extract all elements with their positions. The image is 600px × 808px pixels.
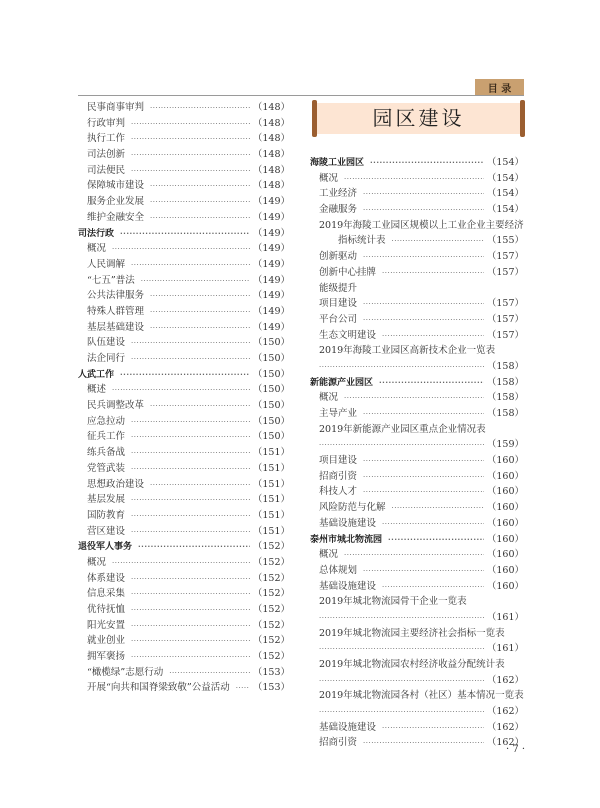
toc-entry[interactable]: 党管武装（151） [78, 461, 290, 477]
dot-leader [370, 156, 484, 172]
toc-entry-title: 2019年海陵工业园区高新技术企业一览表 [319, 343, 495, 359]
toc-page-ref: （159） [487, 437, 524, 453]
toc-entry[interactable]: 维护金融安全（149） [78, 210, 290, 226]
toc-entry[interactable]: 总体规划（160） [310, 563, 524, 579]
toc-page-ref: （158） [487, 406, 524, 422]
toc-entry-title: 征兵工作 [87, 429, 125, 445]
toc-page-ref: （160） [487, 516, 524, 532]
toc-entry-title: 应急拉动 [87, 414, 125, 430]
toc-entry-title: 服务企业发展 [87, 194, 144, 210]
dot-leader [131, 587, 250, 603]
toc-page-ref: （154） [487, 186, 524, 202]
toc-page-ref: （151） [253, 461, 290, 477]
toc-page-ref: （149） [253, 210, 290, 226]
toc-page-ref: （148） [253, 116, 290, 132]
toc-entry-title: 人民调解 [87, 257, 125, 273]
toc-entry-title: 优待抚恤 [87, 602, 125, 618]
toc-entry-title: 思想政治建设 [87, 477, 144, 493]
toc-entry-title: 招商引资 [319, 469, 357, 485]
toc-page-ref: （150） [253, 335, 290, 351]
toc-page-ref: （149） [253, 304, 290, 320]
dot-leader [319, 360, 484, 376]
toc-entry[interactable]: 服务企业发展（149） [78, 194, 290, 210]
dot-leader [131, 446, 250, 462]
dot-leader [131, 619, 250, 635]
toc-page-ref: （158） [487, 375, 524, 391]
toc-page-ref: （149） [253, 241, 290, 257]
toc-entry[interactable]: 2019年城北物流园各村（社区）基本情况一览表 [310, 688, 524, 704]
toc-page-ref: （151） [253, 445, 290, 461]
toc-entry[interactable]: 生态文明建设（157） [310, 328, 524, 344]
toc-page-ref: （149） [253, 226, 290, 242]
toc-page-ref: （154） [487, 155, 524, 171]
header-divider [78, 95, 524, 96]
dot-leader [131, 132, 250, 148]
dot-leader [150, 478, 250, 494]
toc-page-ref: （152） [253, 649, 290, 665]
toc-entry-title: 风险防范与化解 [319, 500, 386, 516]
dot-leader [120, 368, 250, 384]
toc-entry-title: 阳光安置 [87, 618, 125, 634]
toc-entry-continuation[interactable]: （161） [310, 610, 524, 626]
toc-entry-title: 概况 [319, 390, 338, 406]
dot-leader [319, 705, 484, 721]
dot-leader [382, 721, 484, 737]
toc-entry-title: 队伍建设 [87, 335, 125, 351]
dot-leader [363, 297, 484, 313]
toc-entry-title: 信息采集 [87, 586, 125, 602]
toc-entry[interactable]: 创新中心挂牌（157） [310, 265, 524, 281]
toc-entry[interactable]: 基础设施建设（160） [310, 516, 524, 532]
dot-leader [131, 603, 250, 619]
dot-leader [363, 470, 484, 486]
toc-entry-continuation[interactable]: （162） [310, 673, 524, 689]
toc-entry[interactable]: 保障城市建设（148） [78, 178, 290, 194]
toc-entry[interactable]: 2019年城北物流园农村经济收益分配统计表 [310, 657, 524, 673]
chapter-title: 园区建设 [313, 103, 524, 134]
dot-leader [131, 352, 250, 368]
toc-section-heading[interactable]: 司法行政（149） [78, 226, 290, 242]
toc-page-ref: （151） [253, 492, 290, 508]
toc-page-ref: （149） [253, 257, 290, 273]
dot-leader [236, 681, 250, 697]
toc-entry[interactable]: 2019年海陵工业园区高新技术企业一览表 [310, 343, 524, 359]
toc-entry[interactable]: 营区建设（151） [78, 524, 290, 540]
toc-page-ref: （160） [487, 484, 524, 500]
toc-entry[interactable]: 阳光安置（152） [78, 618, 290, 634]
toc-page-ref: （155） [487, 233, 524, 249]
toc-entry[interactable]: 基层基础建设（149） [78, 320, 290, 336]
toc-page-ref: （158） [487, 359, 524, 375]
toc-entry[interactable]: 概况（154） [310, 171, 524, 187]
toc-entry-title: 就业创业 [87, 633, 125, 649]
dot-leader [363, 313, 484, 329]
toc-entry-title: 司法行政 [78, 227, 114, 243]
toc-entry-title: 能级提升 [319, 281, 357, 297]
toc-entry-title: 泰州市城北物流园 [310, 533, 382, 549]
dot-leader [131, 509, 250, 525]
toc-page-ref: （161） [487, 610, 524, 626]
toc-page-ref: （153） [253, 680, 290, 696]
toc-entry-title: 基础设施建设 [319, 516, 376, 532]
dot-leader [319, 611, 484, 627]
toc-page-ref: （149） [253, 273, 290, 289]
toc-page-ref: （152） [253, 618, 290, 634]
toc-entry[interactable]: 概况（152） [78, 555, 290, 571]
toc-entry-title: 营区建设 [87, 524, 125, 540]
toc-entry[interactable]: 项目建设（160） [310, 453, 524, 469]
dot-leader [120, 227, 250, 243]
chapter-banner: 园区建设 [313, 103, 524, 134]
toc-entry-title: 工业经济 [319, 186, 357, 202]
toc-section-heading[interactable]: 海陵工业园区（154） [310, 155, 524, 171]
dot-leader [319, 438, 484, 454]
toc-entry[interactable]: 2019年城北物流园主要经济社会指标一览表 [310, 626, 524, 642]
toc-entry-title: 概述 [87, 382, 106, 398]
toc-entry[interactable]: 基层发展（151） [78, 492, 290, 508]
dot-leader [392, 501, 484, 517]
toc-entry-title: 党管武装 [87, 461, 125, 477]
toc-entry-title: 司法便民 [87, 163, 125, 179]
toc-entry-title: 金融服务 [319, 202, 357, 218]
toc-page-ref: （150） [253, 382, 290, 398]
toc-entry[interactable]: 2019年新能源产业园区重点企业情况表 [310, 422, 524, 438]
toc-entry[interactable]: 优待抚恤（152） [78, 602, 290, 618]
toc-entry-title: 创新中心挂牌 [319, 265, 376, 281]
toc-entry[interactable]: 国防教育（151） [78, 508, 290, 524]
toc-entry[interactable]: 征兵工作（150） [78, 429, 290, 445]
dot-leader [319, 642, 484, 658]
toc-entry[interactable]: 工业经济（154） [310, 186, 524, 202]
toc-entry[interactable]: 概况（149） [78, 241, 290, 257]
toc-entry-title: 人武工作 [78, 368, 114, 384]
toc-entry-title: 民兵调整改革 [87, 398, 144, 414]
toc-page-ref: （157） [487, 312, 524, 328]
dot-leader [112, 556, 250, 572]
toc-page-ref: （152） [253, 571, 290, 587]
dot-leader [363, 250, 484, 266]
toc-entry-title: 基础设施建设 [319, 720, 376, 736]
toc-page-ref: （160） [487, 579, 524, 595]
toc-entry[interactable]: 概况（158） [310, 390, 524, 406]
toc-page-ref: （162） [487, 704, 524, 720]
dot-leader [138, 540, 250, 556]
toc-page-ref: （150） [253, 414, 290, 430]
toc-page-ref: （160） [487, 532, 524, 548]
dot-leader [150, 321, 250, 337]
toc-entry-title: 特殊人群管理 [87, 304, 144, 320]
dot-leader [131, 462, 250, 478]
toc-entry-continuation[interactable]: 指标统计表（155） [310, 233, 524, 249]
toc-entry[interactable]: “橄榄绿”志愿行动（153） [78, 665, 290, 681]
dot-leader [363, 564, 484, 580]
section-tag-label: 目 录 [488, 80, 511, 95]
dot-leader [131, 415, 250, 431]
toc-entry-title: 指标统计表 [338, 233, 386, 249]
dot-leader [131, 650, 250, 666]
dot-leader [150, 305, 250, 321]
toc-entry[interactable]: 2019年海陵工业园区规模以上工业企业主要经济 [310, 218, 524, 234]
toc-entry[interactable]: 科技人才（160） [310, 484, 524, 500]
dot-leader [150, 101, 250, 117]
dot-leader [363, 187, 484, 203]
dot-leader [131, 572, 250, 588]
dot-leader [379, 376, 484, 392]
toc-page-ref: （157） [487, 249, 524, 265]
dot-leader [363, 454, 484, 470]
toc-page-ref: （160） [487, 547, 524, 563]
toc-entry[interactable]: 司法便民（148） [78, 163, 290, 179]
toc-entry-title: 总体规划 [319, 563, 357, 579]
toc-entry[interactable]: 基础设施建设（160） [310, 579, 524, 595]
toc-entry[interactable]: 队伍建设（150） [78, 335, 290, 351]
toc-entry-title: 公共法律服务 [87, 288, 144, 304]
toc-page-ref: （149） [253, 288, 290, 304]
toc-page-ref: （160） [487, 453, 524, 469]
toc-page-ref: （154） [487, 202, 524, 218]
toc-entry-title: 体系建设 [87, 571, 125, 587]
toc-entry-continuation[interactable]: （161） [310, 641, 524, 657]
toc-entry-title: 练兵备战 [87, 445, 125, 461]
toc-page-ref: （152） [253, 602, 290, 618]
dot-leader [319, 674, 484, 690]
toc-page-ref: （150） [253, 351, 290, 367]
toc-entry[interactable]: 法企同行（150） [78, 351, 290, 367]
page-number: · 7 · [506, 744, 525, 755]
toc-entry[interactable]: 司法创新（148） [78, 147, 290, 163]
toc-entry[interactable]: 民事商事审判（148） [78, 100, 290, 116]
toc-page-ref: （151） [253, 524, 290, 540]
toc-entry-title: 2019年新能源产业园区重点企业情况表 [319, 422, 486, 438]
dot-leader [392, 234, 484, 250]
toc-page-ref: （160） [487, 500, 524, 516]
dot-leader [363, 407, 484, 423]
toc-entry-title: “橄榄绿”志愿行动 [87, 665, 163, 681]
section-tag-contents: 目 录 [475, 79, 524, 95]
toc-entry-title: 2019年海陵工业园区规模以上工业企业主要经济 [319, 218, 524, 234]
toc-entry[interactable]: 人民调解（149） [78, 257, 290, 273]
toc-entry-title: 退役军人事务 [78, 540, 132, 556]
toc-entry[interactable]: 应急拉动（150） [78, 414, 290, 430]
toc-page-ref: （150） [253, 398, 290, 414]
toc-entry[interactable]: 招商引资（160） [310, 469, 524, 485]
dot-leader [150, 179, 250, 195]
toc-entry-title: 招商引资 [319, 735, 357, 751]
dot-leader [131, 634, 250, 650]
toc-page-ref: （148） [253, 131, 290, 147]
toc-entry-title: 创新驱动 [319, 249, 357, 265]
toc-page-ref: （152） [253, 555, 290, 571]
toc-entry-title: 基层发展 [87, 492, 125, 508]
toc-page-ref: （160） [487, 563, 524, 579]
toc-entry-title: 基础设施建设 [319, 579, 376, 595]
dot-leader [363, 203, 484, 219]
toc-entry-title: “七五”普法 [87, 273, 135, 289]
toc-entry-continuation[interactable]: （159） [310, 437, 524, 453]
toc-entry[interactable]: 公共法律服务（149） [78, 288, 290, 304]
toc-entry[interactable]: 概况（160） [310, 547, 524, 563]
toc-entry[interactable]: 平台公司（157） [310, 312, 524, 328]
toc-page-ref: （160） [487, 469, 524, 485]
dot-leader [112, 383, 250, 399]
toc-section-heading[interactable]: 退役军人事务（152） [78, 539, 290, 555]
toc-page-ref: （154） [487, 171, 524, 187]
toc-entry-title: 拥军褒扬 [87, 649, 125, 665]
toc-page-ref: （152） [253, 539, 290, 555]
toc-entry-title: 海陵工业园区 [310, 156, 364, 172]
toc-page-ref: （162） [487, 673, 524, 689]
toc-entry-title: 执行工作 [87, 131, 125, 147]
toc-page-ref: （148） [253, 178, 290, 194]
toc-entry[interactable]: 开展“向共和国脊梁致敬”公益活动（153） [78, 680, 290, 696]
dot-leader [382, 266, 484, 282]
toc-entry-title: 民事商事审判 [87, 100, 144, 116]
toc-entry[interactable]: 主导产业（158） [310, 406, 524, 422]
toc-page-ref: （148） [253, 147, 290, 163]
toc-section-heading[interactable]: 新能源产业园区（158） [310, 375, 524, 391]
toc-page-ref: （157） [487, 265, 524, 281]
dot-leader [131, 430, 250, 446]
dot-leader [131, 336, 250, 352]
dot-leader [169, 666, 250, 682]
dot-leader [382, 329, 484, 345]
toc-entry-title: 2019年城北物流园主要经济社会指标一览表 [319, 626, 505, 642]
toc-entry-title: 项目建设 [319, 453, 357, 469]
toc-page-ref: （152） [253, 633, 290, 649]
toc-entry[interactable]: 2019年城北物流园骨干企业一览表 [310, 594, 524, 610]
dot-leader [388, 533, 484, 549]
toc-page-ref: （153） [253, 665, 290, 681]
toc-page-ref: （152） [253, 586, 290, 602]
dot-leader [150, 195, 250, 211]
toc-entry-title: 项目建设 [319, 296, 357, 312]
dot-leader [363, 485, 484, 501]
toc-page-ref: （157） [487, 296, 524, 312]
toc-entry[interactable]: 项目建设（157） [310, 296, 524, 312]
toc-entry[interactable]: 招商引资（162） [310, 735, 524, 751]
dot-leader [382, 580, 484, 596]
toc-entry[interactable]: “七五”普法（149） [78, 273, 290, 289]
toc-entry-title: 基层基础建设 [87, 320, 144, 336]
toc-page-ref: （157） [487, 328, 524, 344]
dot-leader [150, 289, 250, 305]
toc-entry[interactable]: 创新驱动（157） [310, 249, 524, 265]
toc-entry[interactable]: 民兵调整改革（150） [78, 398, 290, 414]
toc-page-ref: （149） [253, 320, 290, 336]
toc-entry[interactable]: 金融服务（154） [310, 202, 524, 218]
toc-page-ref: （148） [253, 100, 290, 116]
toc-entry-title: 开展“向共和国脊梁致敬”公益活动 [87, 680, 230, 696]
toc-page-ref: （148） [253, 163, 290, 179]
toc-entry-title: 新能源产业园区 [310, 376, 373, 392]
dot-leader [150, 399, 250, 415]
toc-entry-title: 国防教育 [87, 508, 125, 524]
dot-leader [382, 517, 484, 533]
toc-entry-title: 法企同行 [87, 351, 125, 367]
toc-entry-title: 2019年城北物流园各村（社区）基本情况一览表 [319, 688, 524, 704]
toc-entry[interactable]: 练兵备战（151） [78, 445, 290, 461]
dot-leader [344, 172, 484, 188]
dot-leader [344, 391, 484, 407]
dot-leader [131, 117, 250, 133]
toc-entry-title: 主导产业 [319, 406, 357, 422]
toc-entry-title: 2019年城北物流园农村经济收益分配统计表 [319, 657, 505, 673]
toc-entry-title: 概况 [319, 171, 338, 187]
toc-left-column: 民事商事审判（148）行政审判（148）执行工作（148）司法创新（148）司法… [78, 100, 290, 696]
toc-entry-title: 平台公司 [319, 312, 357, 328]
toc-entry-title: 概况 [87, 241, 106, 257]
dot-leader [141, 274, 250, 290]
toc-page-ref: （151） [253, 477, 290, 493]
toc-entry[interactable]: 风险防范与化解（160） [310, 500, 524, 516]
dot-leader [131, 164, 250, 180]
toc-section-heading[interactable]: 泰州市城北物流园（160） [310, 532, 524, 548]
toc-page-ref: （150） [253, 367, 290, 383]
toc-entry-title: 行政审判 [87, 116, 125, 132]
dot-leader [131, 148, 250, 164]
toc-entry[interactable]: 特殊人群管理（149） [78, 304, 290, 320]
dot-leader [131, 525, 250, 541]
toc-entry[interactable]: 信息采集（152） [78, 586, 290, 602]
toc-entry-continuation[interactable]: （162） [310, 704, 524, 720]
toc-entry-title: 保障城市建设 [87, 178, 144, 194]
dot-leader [150, 211, 250, 227]
toc-entry[interactable]: 能级提升 [310, 281, 524, 297]
toc-entry[interactable]: 执行工作（148） [78, 131, 290, 147]
toc-page-ref: （150） [253, 429, 290, 445]
toc-page-ref: （162） [487, 720, 524, 736]
toc-entry-title: 司法创新 [87, 147, 125, 163]
toc-section-heading[interactable]: 人武工作（150） [78, 367, 290, 383]
dot-leader [112, 242, 250, 258]
toc-entry-title: 2019年城北物流园骨干企业一览表 [319, 594, 467, 610]
toc-entry-title: 概况 [87, 555, 106, 571]
toc-entry[interactable]: 基础设施建设（162） [310, 720, 524, 736]
toc-right-column: 海陵工业园区（154）概况（154）工业经济（154）金融服务（154）2019… [310, 155, 524, 751]
toc-entry[interactable]: 思想政治建设（151） [78, 477, 290, 493]
dot-leader [344, 548, 484, 564]
toc-entry-title: 科技人才 [319, 484, 357, 500]
dot-leader [131, 493, 250, 509]
toc-entry-title: 生态文明建设 [319, 328, 376, 344]
toc-entry-title: 概况 [319, 547, 338, 563]
toc-page-ref: （158） [487, 390, 524, 406]
toc-entry-title: 维护金融安全 [87, 210, 144, 226]
toc-entry[interactable]: 行政审判（148） [78, 116, 290, 132]
toc-entry[interactable]: 概述（150） [78, 382, 290, 398]
dot-leader [363, 736, 484, 752]
toc-page-ref: （161） [487, 641, 524, 657]
toc-entry[interactable]: 就业创业（152） [78, 633, 290, 649]
toc-page-ref: （149） [253, 194, 290, 210]
dot-leader [131, 258, 250, 274]
toc-entry-continuation[interactable]: （158） [310, 359, 524, 375]
toc-entry[interactable]: 体系建设（152） [78, 571, 290, 587]
toc-page-ref: （151） [253, 508, 290, 524]
toc-entry[interactable]: 拥军褒扬（152） [78, 649, 290, 665]
